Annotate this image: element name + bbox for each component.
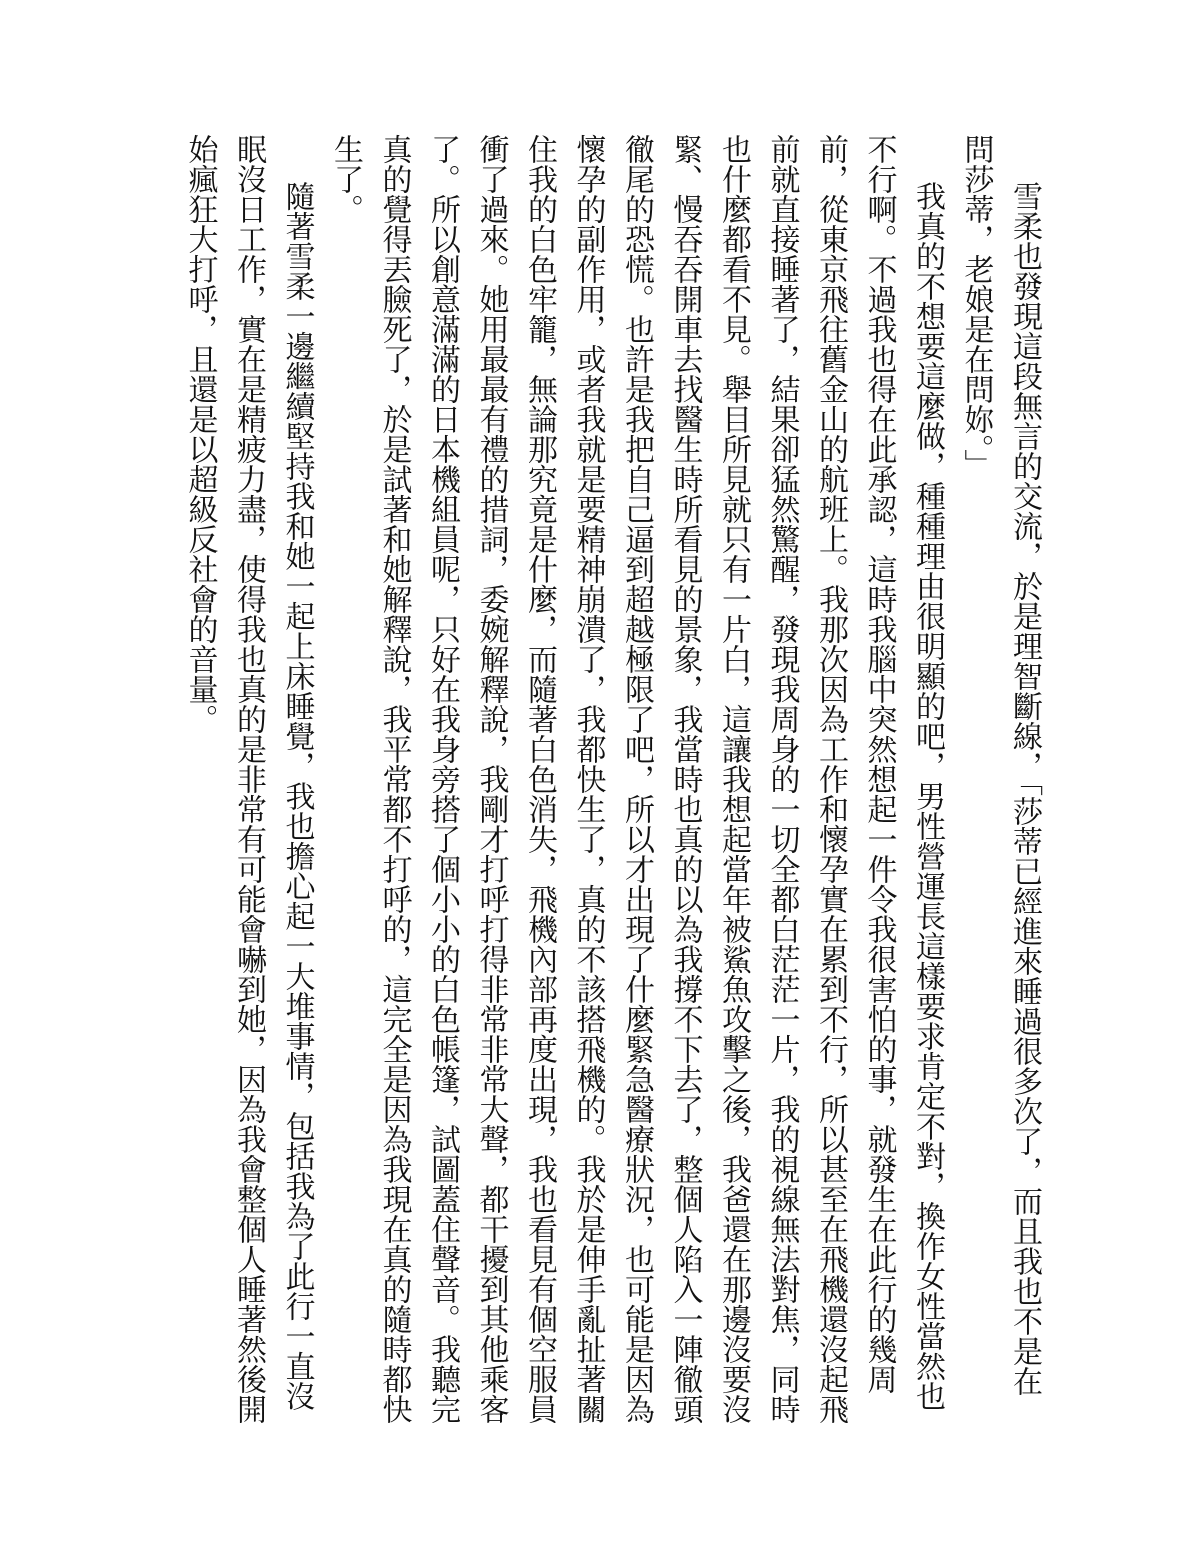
text-column: 衝了過來。她用最最有禮的措詞，委婉解釋說，我剛才打呼打得非常非常大聲，都干擾到其… <box>466 134 515 1449</box>
text-column: 眠沒日工作，實在是精疲力盡，使得我也真的是非常有可能會嚇到她，因為我會整個人睡著… <box>224 134 273 1449</box>
text-column: 懷孕的副作用，或者我就是要精神崩潰了，我都快生了，真的不該搭飛機的。我於是伸手亂… <box>563 134 612 1449</box>
text-column: 問莎蒂，老娘是在問妳。」 <box>951 134 1000 1449</box>
text-column: 生了。 <box>321 134 370 1449</box>
document-page: 雪柔也發現這段無言的交流，於是理智斷線，「莎蒂已經進來睡過很多次了，而且我也不是… <box>0 0 1200 1553</box>
text-column: 前就直接睡著了，結果卻猛然驚醒，發現我周身的一切全都白茫茫一片，我的視線無法對焦… <box>757 134 806 1449</box>
text-column: 雪柔也發現這段無言的交流，於是理智斷線，「莎蒂已經進來睡過很多次了，而且我也不是… <box>1000 134 1049 1449</box>
vertical-text-block: 雪柔也發現這段無言的交流，於是理智斷線，「莎蒂已經進來睡過很多次了，而且我也不是… <box>175 134 1048 1449</box>
text-column: 了。所以創意滿滿的日本機組員呢，只好在我身旁搭了個小小的白色帳篷，試圖蓋住聲音。… <box>418 134 467 1449</box>
text-column: 隨著雪柔一邊繼續堅持我和她一起上床睡覺，我也擔心起一大堆事情，包括我為了此行一直… <box>272 134 321 1449</box>
text-column: 徹尾的恐慌。也許是我把自己逼到超越極限了吧，所以才出現了什麼緊急醫療狀況，也可能… <box>612 134 661 1449</box>
text-column: 真的覺得丟臉死了，於是試著和她解釋說，我平常都不打呼的，這完全是因為我現在真的隨… <box>369 134 418 1449</box>
text-column: 不行啊。不過我也得在此承認，這時我腦中突然想起一件令我很害怕的事，就發生在此行的… <box>854 134 903 1449</box>
text-column: 前，從東京飛往舊金山的航班上。我那次因為工作和懷孕實在累到不行，所以甚至在飛機還… <box>806 134 855 1449</box>
text-column: 緊、慢吞吞開車去找醫生時所看見的景象，我當時也真的以為我撐不下去了，整個人陷入一… <box>660 134 709 1449</box>
text-column: 始瘋狂大打呼，且還是以超級反社會的音量。 <box>175 134 224 1449</box>
text-column: 也什麼都看不見。舉目所見就只有一片白，這讓我想起當年被鯊魚攻擊之後，我爸還在那邊… <box>709 134 758 1449</box>
text-column: 我真的不想要這麼做，種種理由很明顯的吧，男性營運長這樣要求肯定不對，換作女性當然… <box>903 134 952 1449</box>
text-column: 住我的白色牢籠，無論那究竟是什麼，而隨著白色消失，飛機內部再度出現，我也看見有個… <box>515 134 564 1449</box>
